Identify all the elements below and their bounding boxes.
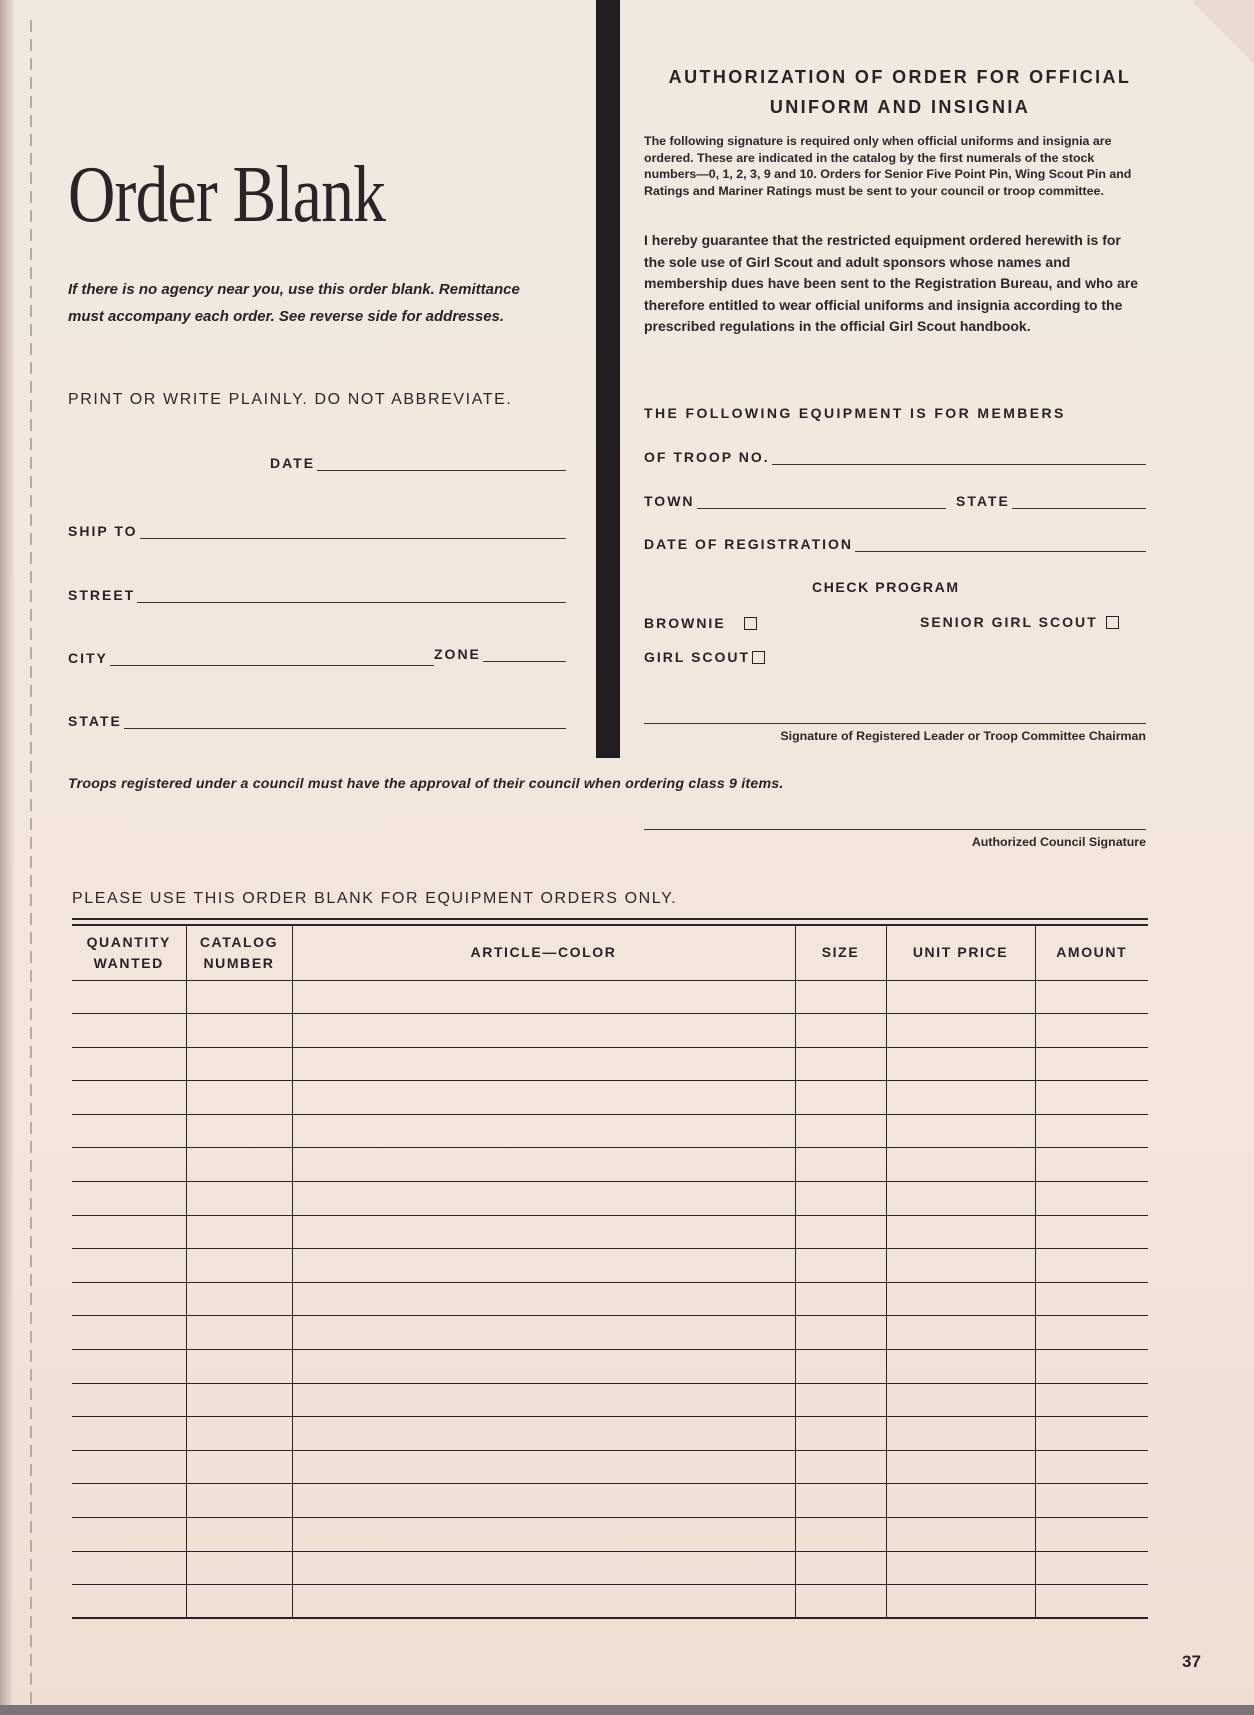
unit-price-cell[interactable] <box>886 1316 1035 1350</box>
registration-date-label: DATE OF REGISTRATION <box>644 536 853 552</box>
table-row <box>72 1417 1148 1451</box>
table-row <box>72 1014 1148 1048</box>
amount-cell[interactable] <box>1035 1417 1148 1451</box>
column-header-unit-price: UNIT PRICE <box>886 926 1035 980</box>
size-cell[interactable] <box>795 1551 886 1585</box>
unit-price-cell[interactable] <box>886 1417 1035 1451</box>
column-header-quantity: QUANTITYWANTED <box>72 926 186 980</box>
quantity-cell[interactable] <box>72 1518 186 1552</box>
amount-cell[interactable] <box>1035 1518 1148 1552</box>
size-cell[interactable] <box>795 1484 886 1518</box>
street-input[interactable] <box>137 589 566 603</box>
column-header-amount: AMOUNT <box>1035 926 1148 980</box>
order-table-body <box>72 980 1148 1618</box>
quantity-cell[interactable] <box>72 1047 186 1081</box>
unit-price-cell[interactable] <box>886 980 1035 1014</box>
quantity-cell[interactable] <box>72 1282 186 1316</box>
catalog-number-cell[interactable] <box>186 1182 292 1216</box>
amount-cell[interactable] <box>1035 1316 1148 1350</box>
auth-state-field[interactable]: STATE <box>956 493 1146 509</box>
program-option-brownie[interactable]: BROWNIE <box>644 615 757 631</box>
unit-price-cell[interactable] <box>886 1148 1035 1182</box>
table-row <box>72 1148 1148 1182</box>
catalog-number-cell[interactable] <box>186 1383 292 1417</box>
authorization-requirement-text: The following signature is required only… <box>644 133 1144 199</box>
quantity-cell[interactable] <box>72 1585 186 1619</box>
article-color-cell[interactable] <box>292 1383 795 1417</box>
brownie-checkbox[interactable] <box>744 617 757 630</box>
quantity-cell[interactable] <box>72 1148 186 1182</box>
state-label: STATE <box>68 713 122 729</box>
article-color-cell[interactable] <box>292 1081 795 1115</box>
size-cell[interactable] <box>795 980 886 1014</box>
street-label: STREET <box>68 587 135 603</box>
quantity-cell[interactable] <box>72 980 186 1014</box>
registration-date-input[interactable] <box>855 538 1146 552</box>
quantity-cell[interactable] <box>72 1249 186 1283</box>
catalog-number-cell[interactable] <box>186 1081 292 1115</box>
page-binding <box>0 0 14 1715</box>
unit-price-cell[interactable] <box>886 1484 1035 1518</box>
program-option-senior-girl-scout[interactable]: SENIOR GIRL SCOUT <box>920 614 1119 630</box>
table-row <box>72 1215 1148 1249</box>
catalog-number-cell[interactable] <box>186 1114 292 1148</box>
authorization-title: AUTHORIZATION OF ORDER FOR OFFICIAL UNIF… <box>640 62 1160 122</box>
amount-cell[interactable] <box>1035 1249 1148 1283</box>
article-color-cell[interactable] <box>292 1215 795 1249</box>
troop-no-label: OF TROOP NO. <box>644 449 770 465</box>
table-row <box>72 1316 1148 1350</box>
unit-price-cell[interactable] <box>886 1282 1035 1316</box>
table-top-rule <box>72 918 1148 926</box>
unit-price-cell[interactable] <box>886 1249 1035 1283</box>
unit-price-cell[interactable] <box>886 1081 1035 1115</box>
troop-no-field[interactable]: OF TROOP NO. <box>644 449 1146 465</box>
troops-approval-note: Troops registered under a council must h… <box>68 776 784 792</box>
article-color-cell[interactable] <box>292 1518 795 1552</box>
table-row <box>72 1585 1148 1619</box>
size-cell[interactable] <box>795 1518 886 1552</box>
unit-price-cell[interactable] <box>886 1047 1035 1081</box>
article-color-cell[interactable] <box>292 1114 795 1148</box>
town-field[interactable]: TOWN <box>644 493 946 509</box>
size-cell[interactable] <box>795 1182 886 1216</box>
quantity-cell[interactable] <box>72 1114 186 1148</box>
catalog-number-cell[interactable] <box>186 1282 292 1316</box>
catalog-number-cell[interactable] <box>186 1148 292 1182</box>
size-cell[interactable] <box>795 1148 886 1182</box>
table-row <box>72 1450 1148 1484</box>
date-input[interactable] <box>317 457 566 471</box>
unit-price-cell[interactable] <box>886 1182 1035 1216</box>
ship-to-input[interactable] <box>140 525 566 539</box>
catalog-number-cell[interactable] <box>186 1014 292 1048</box>
table-row <box>72 1350 1148 1384</box>
unit-price-cell[interactable] <box>886 1450 1035 1484</box>
order-table: QUANTITYWANTED CATALOGNUMBER ARTICLE—COL… <box>72 918 1148 1619</box>
ship-to-field[interactable]: SHIP TO <box>68 523 566 539</box>
registration-date-field[interactable]: DATE OF REGISTRATION <box>644 536 1146 552</box>
catalog-number-cell[interactable] <box>186 1047 292 1081</box>
print-instruction: PRINT OR WRITE PLAINLY. DO NOT ABBREVIAT… <box>68 391 512 409</box>
amount-cell[interactable] <box>1035 1450 1148 1484</box>
authorization-guarantee-text: I hereby guarantee that the restricted e… <box>644 230 1144 338</box>
catalog-number-cell[interactable] <box>186 1585 292 1619</box>
town-label: TOWN <box>644 493 695 509</box>
quantity-cell[interactable] <box>72 1417 186 1451</box>
quantity-cell[interactable] <box>72 1316 186 1350</box>
page-bottom-edge <box>0 1705 1254 1715</box>
town-input[interactable] <box>697 495 946 509</box>
quantity-cell[interactable] <box>72 1383 186 1417</box>
unit-price-cell[interactable] <box>886 1215 1035 1249</box>
article-color-cell[interactable] <box>292 1182 795 1216</box>
size-cell[interactable] <box>795 1014 886 1048</box>
article-color-cell[interactable] <box>292 1585 795 1619</box>
article-color-cell[interactable] <box>292 980 795 1014</box>
date-field[interactable]: DATE <box>270 455 566 471</box>
auth-state-input[interactable] <box>1012 495 1146 509</box>
quantity-cell[interactable] <box>72 1215 186 1249</box>
catalog-number-cell[interactable] <box>186 1518 292 1552</box>
authorization-title-line2: UNIFORM AND INSIGNIA <box>640 92 1160 122</box>
size-cell[interactable] <box>795 1047 886 1081</box>
amount-cell[interactable] <box>1035 1215 1148 1249</box>
catalog-number-cell[interactable] <box>186 1350 292 1384</box>
zone-label: ZONE <box>434 646 481 662</box>
unit-price-cell[interactable] <box>886 1383 1035 1417</box>
column-header-article-color: ARTICLE—COLOR <box>292 926 795 980</box>
page-curl <box>1194 0 1254 80</box>
size-cell[interactable] <box>795 1350 886 1384</box>
quantity-cell[interactable] <box>72 1014 186 1048</box>
agency-note: If there is no agency near you, use this… <box>68 276 528 330</box>
table-row <box>72 1081 1148 1115</box>
catalog-number-cell[interactable] <box>186 1450 292 1484</box>
check-program-heading: CHECK PROGRAM <box>812 579 960 595</box>
amount-cell[interactable] <box>1035 1014 1148 1048</box>
size-cell[interactable] <box>795 1417 886 1451</box>
table-header-row: QUANTITYWANTED CATALOGNUMBER ARTICLE—COL… <box>72 926 1148 980</box>
troop-no-input[interactable] <box>772 451 1146 465</box>
amount-cell[interactable] <box>1035 1484 1148 1518</box>
article-color-cell[interactable] <box>292 1249 795 1283</box>
article-color-cell[interactable] <box>292 1417 795 1451</box>
amount-cell[interactable] <box>1035 1551 1148 1585</box>
article-color-cell[interactable] <box>292 1148 795 1182</box>
amount-cell[interactable] <box>1035 1383 1148 1417</box>
size-cell[interactable] <box>795 1215 886 1249</box>
zone-field[interactable]: ZONE <box>434 646 566 662</box>
table-row <box>72 1047 1148 1081</box>
amount-cell[interactable] <box>1035 1182 1148 1216</box>
amount-cell[interactable] <box>1035 1081 1148 1115</box>
size-cell[interactable] <box>795 1249 886 1283</box>
table-row <box>72 980 1148 1014</box>
unit-price-cell[interactable] <box>886 1350 1035 1384</box>
article-color-cell[interactable] <box>292 1282 795 1316</box>
table-row <box>72 1249 1148 1283</box>
use-note: PLEASE USE THIS ORDER BLANK FOR EQUIPMEN… <box>72 890 677 908</box>
catalog-number-cell[interactable] <box>186 1551 292 1585</box>
column-header-catalog-number: CATALOGNUMBER <box>186 926 292 980</box>
city-label: CITY <box>68 650 108 666</box>
catalog-number-cell[interactable] <box>186 980 292 1014</box>
unit-price-cell[interactable] <box>886 1518 1035 1552</box>
article-color-cell[interactable] <box>292 1484 795 1518</box>
quantity-cell[interactable] <box>72 1182 186 1216</box>
table-row <box>72 1551 1148 1585</box>
article-color-cell[interactable] <box>292 1047 795 1081</box>
catalog-number-cell[interactable] <box>186 1249 292 1283</box>
column-header-size: SIZE <box>795 926 886 980</box>
leader-signature-line[interactable] <box>644 723 1146 724</box>
size-cell[interactable] <box>795 1282 886 1316</box>
state-input[interactable] <box>124 715 566 729</box>
amount-cell[interactable] <box>1035 980 1148 1014</box>
quantity-cell[interactable] <box>72 1350 186 1384</box>
size-cell[interactable] <box>795 1316 886 1350</box>
street-field[interactable]: STREET <box>68 587 566 603</box>
perforation-line <box>30 20 32 1710</box>
amount-cell[interactable] <box>1035 1047 1148 1081</box>
quantity-cell[interactable] <box>72 1081 186 1115</box>
unit-price-cell[interactable] <box>886 1014 1035 1048</box>
catalog-number-cell[interactable] <box>186 1215 292 1249</box>
article-color-cell[interactable] <box>292 1014 795 1048</box>
amount-cell[interactable] <box>1035 1585 1148 1619</box>
table-row <box>72 1484 1148 1518</box>
size-cell[interactable] <box>795 1585 886 1619</box>
date-label: DATE <box>270 455 315 471</box>
article-color-cell[interactable] <box>292 1551 795 1585</box>
article-color-cell[interactable] <box>292 1350 795 1384</box>
authorization-title-line1: AUTHORIZATION OF ORDER FOR OFFICIAL <box>640 62 1160 92</box>
auth-state-label: STATE <box>956 493 1010 509</box>
amount-cell[interactable] <box>1035 1350 1148 1384</box>
ship-to-label: SHIP TO <box>68 523 138 539</box>
table-row <box>72 1114 1148 1148</box>
senior-girl-scout-label: SENIOR GIRL SCOUT <box>920 614 1098 630</box>
zone-input[interactable] <box>483 648 566 662</box>
city-input[interactable] <box>110 652 434 666</box>
city-field[interactable]: CITY <box>68 650 434 666</box>
article-color-cell[interactable] <box>292 1450 795 1484</box>
quantity-cell[interactable] <box>72 1450 186 1484</box>
council-signature-label: Authorized Council Signature <box>644 835 1146 849</box>
amount-cell[interactable] <box>1035 1148 1148 1182</box>
unit-price-cell[interactable] <box>886 1551 1035 1585</box>
article-color-cell[interactable] <box>292 1316 795 1350</box>
size-cell[interactable] <box>795 1081 886 1115</box>
program-option-girl-scout[interactable]: GIRL SCOUT <box>644 649 765 665</box>
table-row <box>72 1182 1148 1216</box>
girl-scout-label: GIRL SCOUT <box>644 649 750 665</box>
unit-price-cell[interactable] <box>886 1114 1035 1148</box>
equipment-heading: THE FOLLOWING EQUIPMENT IS FOR MEMBERS <box>644 405 1066 421</box>
girl-scout-checkbox[interactable] <box>752 651 765 664</box>
council-signature-line[interactable] <box>644 829 1146 830</box>
quantity-cell[interactable] <box>72 1484 186 1518</box>
table-row <box>72 1518 1148 1552</box>
leader-signature-label: Signature of Registered Leader or Troop … <box>644 729 1146 743</box>
size-cell[interactable] <box>795 1383 886 1417</box>
catalog-number-cell[interactable] <box>186 1316 292 1350</box>
size-cell[interactable] <box>795 1450 886 1484</box>
page-title: Order Blank <box>68 150 385 241</box>
amount-cell[interactable] <box>1035 1114 1148 1148</box>
unit-price-cell[interactable] <box>886 1585 1035 1619</box>
brownie-label: BROWNIE <box>644 615 726 631</box>
quantity-cell[interactable] <box>72 1551 186 1585</box>
state-field[interactable]: STATE <box>68 713 566 729</box>
table-row <box>72 1282 1148 1316</box>
senior-girl-scout-checkbox[interactable] <box>1106 616 1119 629</box>
amount-cell[interactable] <box>1035 1282 1148 1316</box>
page-number: 37 <box>1182 1652 1201 1672</box>
table-row <box>72 1383 1148 1417</box>
catalog-number-cell[interactable] <box>186 1417 292 1451</box>
size-cell[interactable] <box>795 1114 886 1148</box>
catalog-number-cell[interactable] <box>186 1484 292 1518</box>
center-divider-bar <box>596 0 620 758</box>
